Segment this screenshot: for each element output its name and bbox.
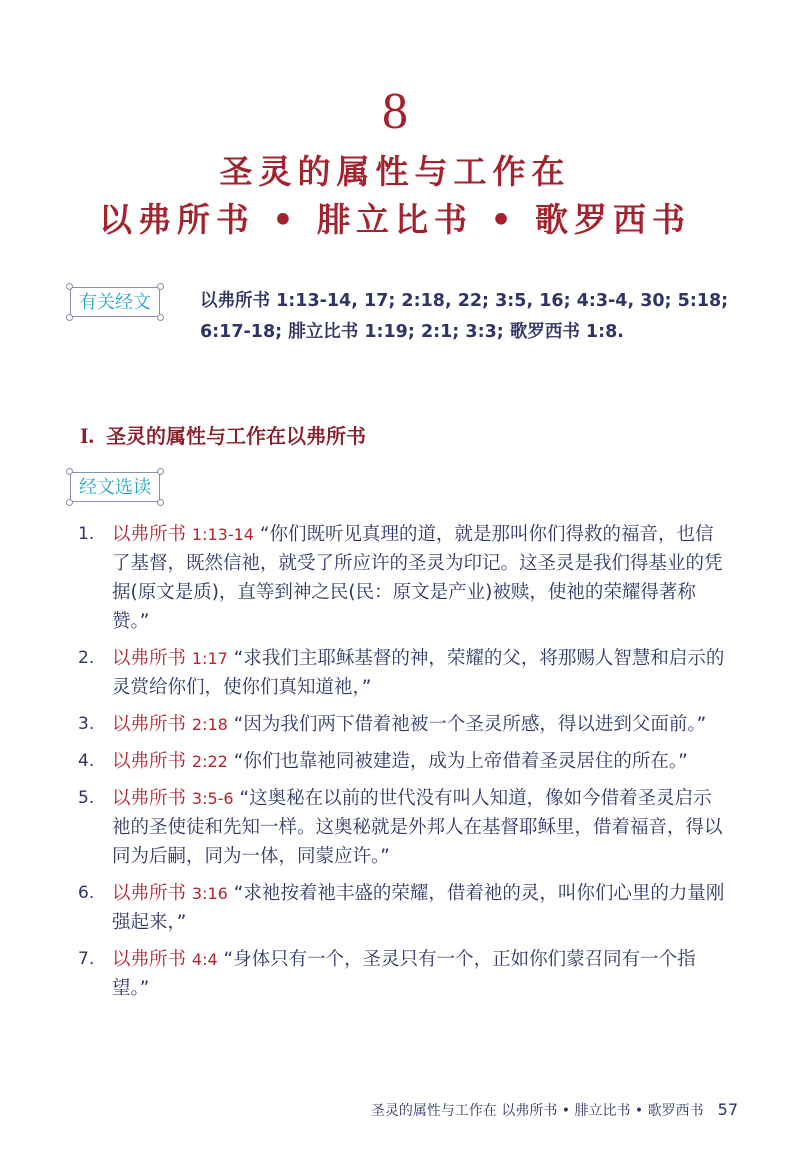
verse-text: “你们也靠祂同被建造，成为上帝借着圣灵居住的所在。”: [234, 751, 688, 772]
verse-item: 4. 以弗所书 2:22 “你们也靠祂同被建造，成为上帝借着圣灵居住的所在。”: [78, 747, 728, 776]
tag-corner-ornament: [66, 499, 73, 506]
verse-number: 5.: [78, 784, 94, 813]
selected-readings-tag: 经文选读: [70, 472, 160, 502]
book-name: 以弗所书: [112, 714, 186, 735]
section-title: 圣灵的属性与工作在以弗所书: [106, 424, 366, 448]
related-scriptures-label: 有关经文: [79, 292, 151, 313]
section-heading: I.圣灵的属性与工作在以弗所书: [80, 420, 366, 449]
verse-item: 6. 以弗所书 3:16 “求祂按着祂丰盛的荣耀，借着祂的灵，叫你们心里的力量刚…: [78, 879, 728, 937]
chapter-title-line-1: 圣灵的属性与工作在: [0, 150, 790, 194]
verse-item: 1. 以弗所书 1:13-14 “你们既听见真理的道，就是那叫你们得救的福音，也…: [78, 520, 728, 636]
verse-reference: 以弗所书 2:22: [112, 751, 228, 772]
tag-corner-ornament: [157, 283, 164, 290]
verse-reference: 以弗所书 3:16: [112, 883, 228, 904]
book-name: 以弗所书: [112, 524, 186, 545]
chapter-verse: 1:13-14: [192, 525, 254, 544]
verse-reference: 以弗所书 1:17: [112, 648, 228, 669]
verse-number: 3.: [78, 710, 94, 739]
verse-reference: 以弗所书 4:4: [112, 949, 218, 970]
page-number: 57: [718, 1100, 738, 1119]
chapter-verse: 2:22: [192, 752, 228, 771]
book-name: 以弗所书: [112, 949, 186, 970]
related-scriptures-text: 以弗所书 1:13-14, 17; 2:18, 22; 3:5, 16; 4:3…: [200, 286, 740, 348]
chapter-number: 8: [0, 82, 790, 142]
chapter-verse: 3:5-6: [192, 789, 234, 808]
selected-readings-label: 经文选读: [79, 477, 151, 498]
page-footer: 圣灵的属性与工作在 以弗所书 • 腓立比书 • 歌罗西书57: [371, 1100, 738, 1120]
related-scriptures-tag: 有关经文: [70, 287, 160, 317]
book-name: 以弗所书: [112, 648, 186, 669]
tag-corner-ornament: [157, 468, 164, 475]
book-name: 以弗所书: [112, 788, 186, 809]
verse-text: “因为我们两下借着祂被一个圣灵所感，得以进到父面前。”: [234, 714, 706, 735]
chapter-verse: 3:16: [192, 884, 228, 903]
verse-item: 7. 以弗所书 4:4 “身体只有一个，圣灵只有一个，正如你们蒙召同有一个指望。…: [78, 945, 728, 1003]
verse-item: 5. 以弗所书 3:5-6 “这奥秘在以前的世代没有叫人知道，像如今借着圣灵启示…: [78, 784, 728, 871]
verse-number: 2.: [78, 644, 94, 673]
verse-reference: 以弗所书 1:13-14: [112, 524, 254, 545]
section-numeral: I.: [80, 423, 94, 448]
verse-number: 4.: [78, 747, 94, 776]
chapter-verse: 4:4: [192, 950, 218, 969]
chapter-verse: 2:18: [192, 715, 228, 734]
verse-number: 7.: [78, 945, 94, 974]
verse-reference: 以弗所书 3:5-6: [112, 788, 234, 809]
chapter-verse: 1:17: [192, 649, 228, 668]
book-name: 以弗所书: [112, 883, 186, 904]
verse-item: 3. 以弗所书 2:18 “因为我们两下借着祂被一个圣灵所感，得以进到父面前。”: [78, 710, 728, 739]
verse-reference: 以弗所书 2:18: [112, 714, 228, 735]
chapter-title-line-2: 以弗所书 • 腓立比书 • 歌罗西书: [0, 198, 790, 242]
verse-number: 6.: [78, 879, 94, 908]
verse-list: 1. 以弗所书 1:13-14 “你们既听见真理的道，就是那叫你们得救的福音，也…: [78, 520, 728, 1011]
book-name: 以弗所书: [112, 751, 186, 772]
tag-corner-ornament: [66, 314, 73, 321]
verse-number: 1.: [78, 520, 94, 549]
verse-item: 2. 以弗所书 1:17 “求我们主耶稣基督的神，荣耀的父，将那赐人智慧和启示的…: [78, 644, 728, 702]
running-title: 圣灵的属性与工作在 以弗所书 • 腓立比书 • 歌罗西书: [371, 1103, 704, 1119]
